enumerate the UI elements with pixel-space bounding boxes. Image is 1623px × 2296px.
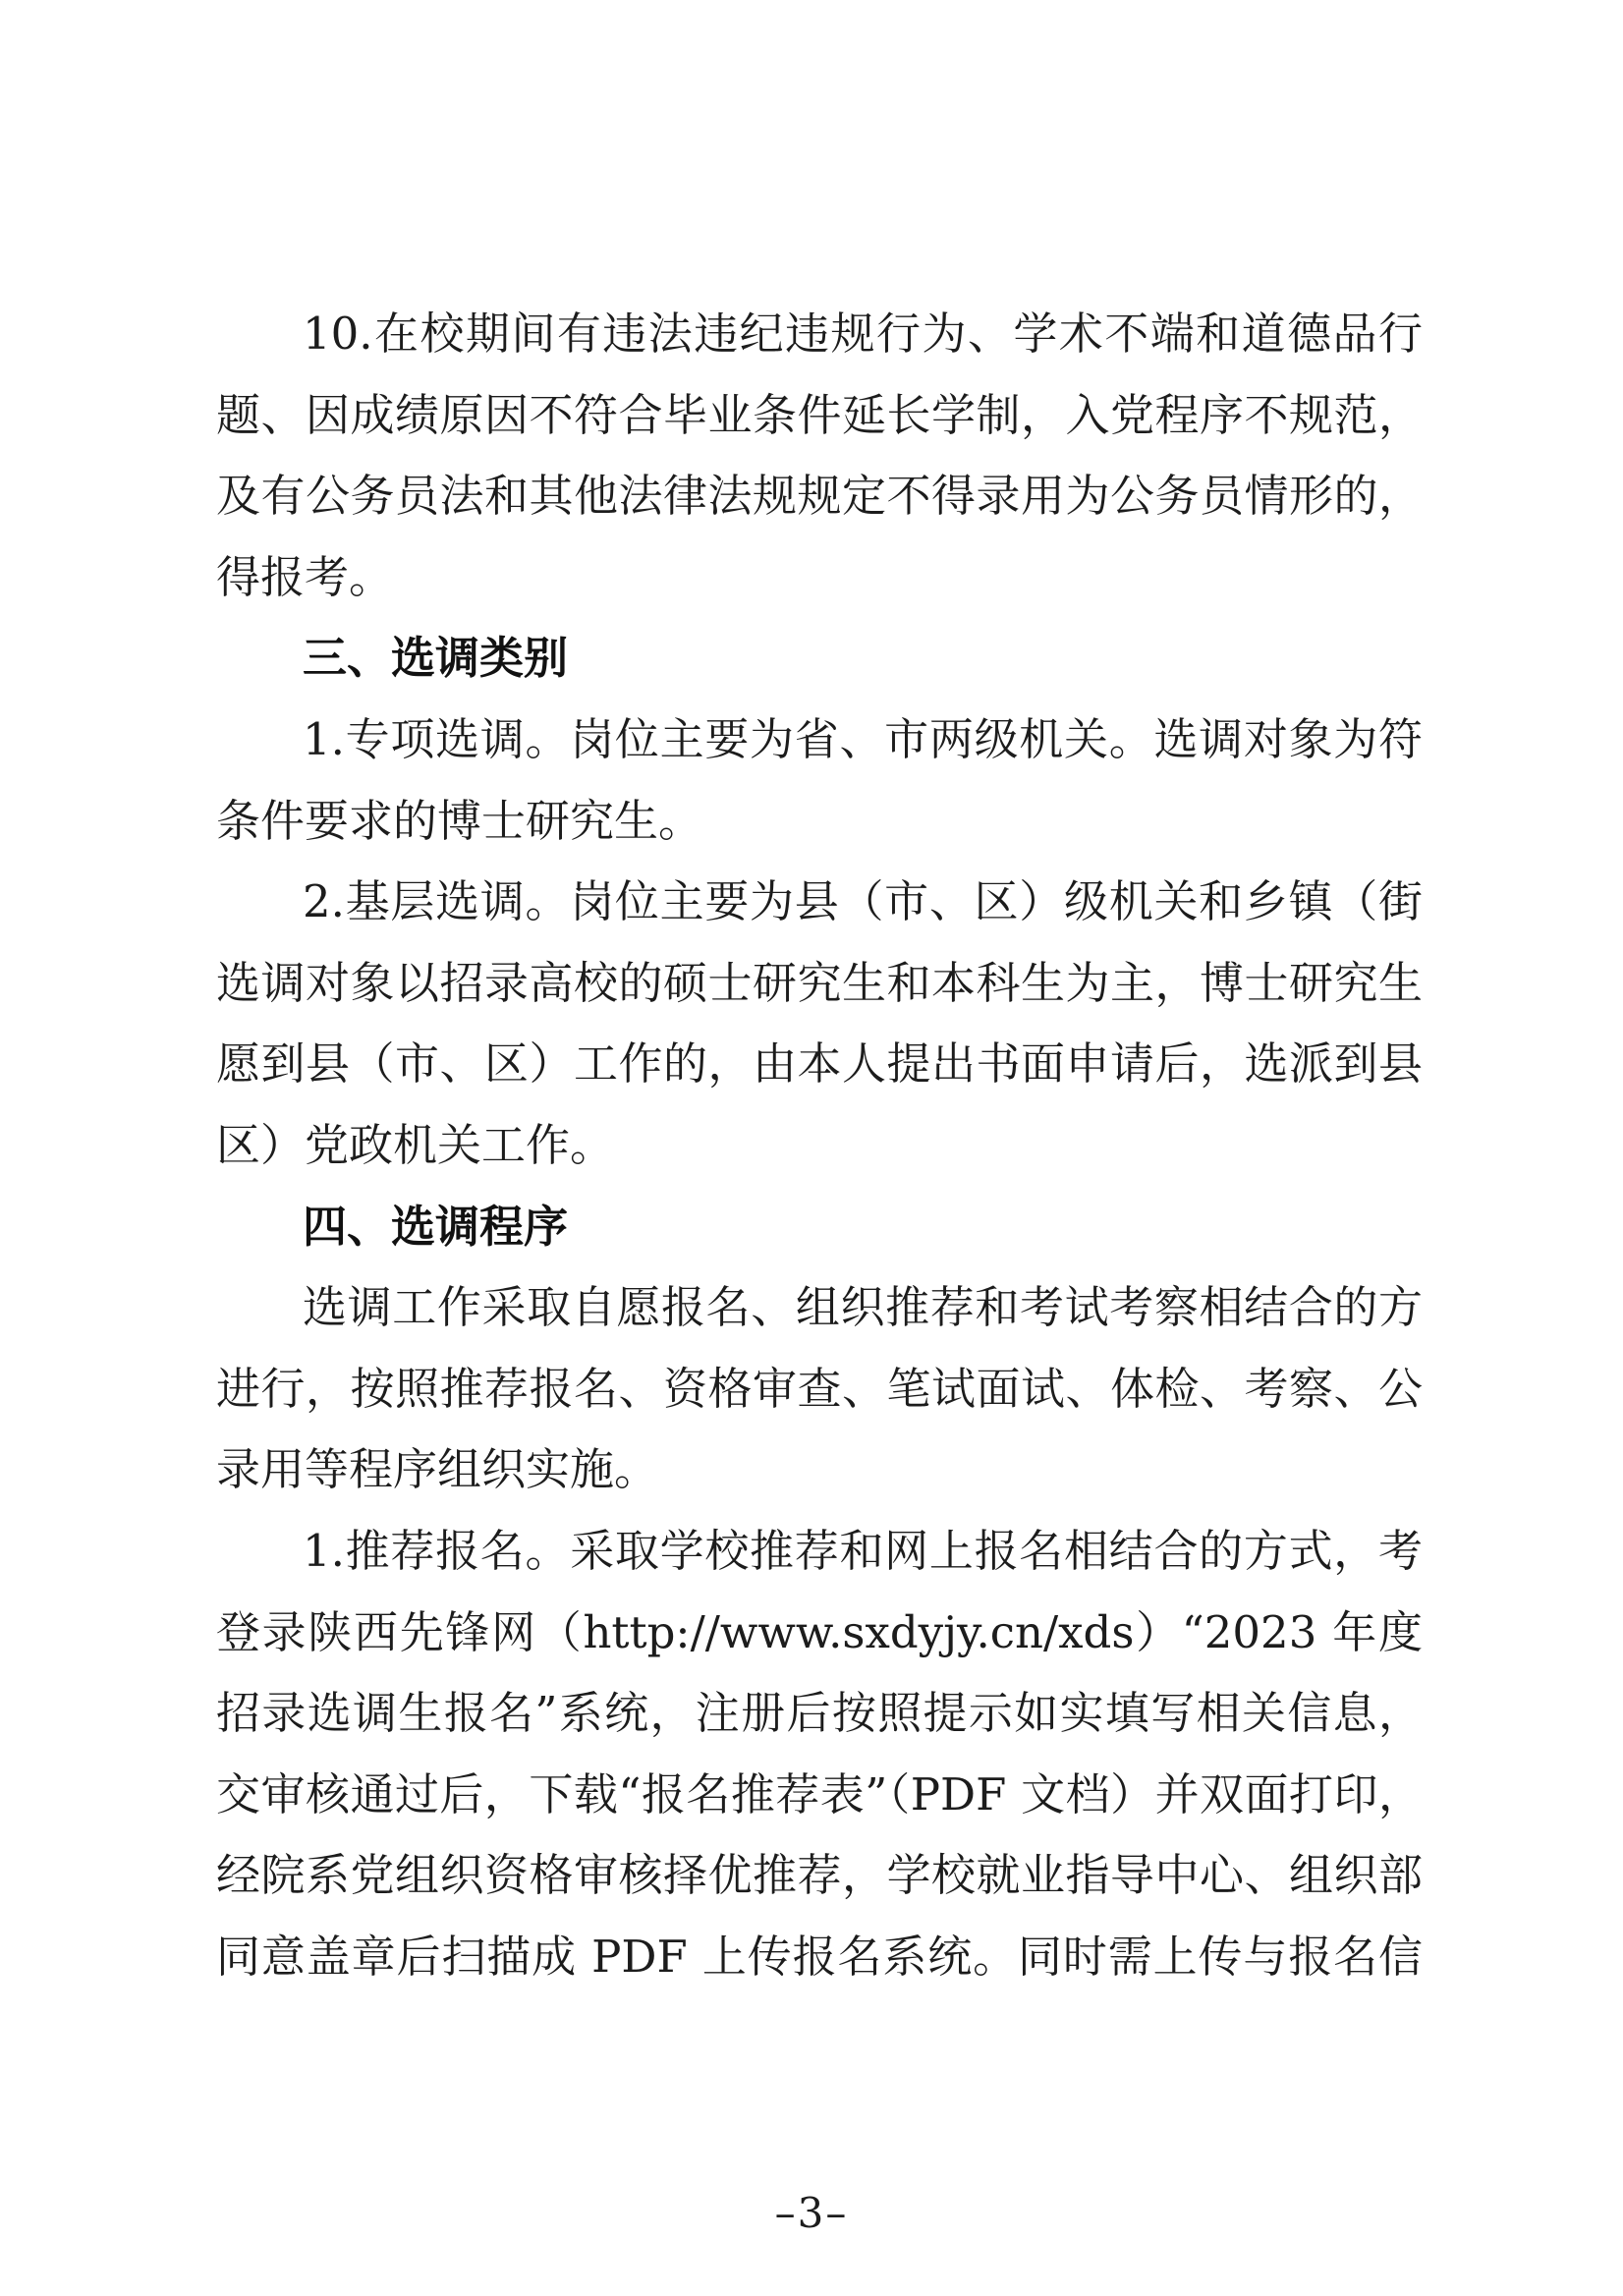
body-line: 经院系党组织资格审核择优推荐，学校就业指导中心、组织部门 [216,1835,1423,1917]
body-line: 10.在校期间有违法违纪违规行为、学术不端和道德品行问 [216,294,1423,375]
body-line: 同意盖章后扫描成 PDF 上传报名系统。同时需上传与报名信息 [216,1917,1423,1998]
body-line: 题、因成绩原因不符合毕业条件延长学制，入党程序不规范，以 [216,375,1423,457]
body-line: 1.专项选调。岗位主要为省、市两级机关。选调对象为符合 [216,700,1423,781]
body-line: 条件要求的博士研究生。 [216,781,1423,863]
section-heading: 四、选调程序 [216,1187,1423,1268]
body-line: 录用等程序组织实施。 [216,1429,1423,1511]
page-number: –3– [775,2189,849,2237]
body-line: 选调工作采取自愿报名、组织推荐和考试考察相结合的方式 [216,1267,1423,1349]
body-line: 区）党政机关工作。 [216,1105,1423,1187]
body-line: 登录陕西先锋网（http://www.sxdyjy.cn/xds）“2023 年… [216,1593,1423,1674]
body-line: 交审核通过后，下载“报名推荐表”（PDF 文档）并双面打印， [216,1755,1423,1836]
body-line: 得报考。 [216,537,1423,619]
document-body: 10.在校期间有违法违纪违规行为、学术不端和道德品行问题、因成绩原因不符合毕业条… [216,294,1423,1997]
body-line: 1.推荐报名。采取学校推荐和网上报名相结合的方式，考生 [216,1511,1423,1593]
body-line: 愿到县（市、区）工作的，由本人提出书面申请后，选派到县（市、 [216,1024,1423,1105]
body-line: 招录选调生报名”系统，注册后按照提示如实填写相关信息，提 [216,1673,1423,1755]
body-line: 及有公务员法和其他法律法规规定不得录用为公务员情形的，不 [216,456,1423,537]
body-line: 2.基层选调。岗位主要为县（市、区）级机关和乡镇（街道）。 [216,862,1423,943]
page-footer: –3– [0,2189,1623,2237]
section-heading: 三、选调类别 [216,618,1423,700]
body-line: 选调对象以招录高校的硕士研究生和本科生为主，博士研究生志 [216,943,1423,1025]
document-page: 10.在校期间有违法违纪违规行为、学术不端和道德品行问题、因成绩原因不符合毕业条… [0,0,1623,2296]
body-line: 进行，按照推荐报名、资格审查、笔试面试、体检、考察、公示、 [216,1349,1423,1430]
